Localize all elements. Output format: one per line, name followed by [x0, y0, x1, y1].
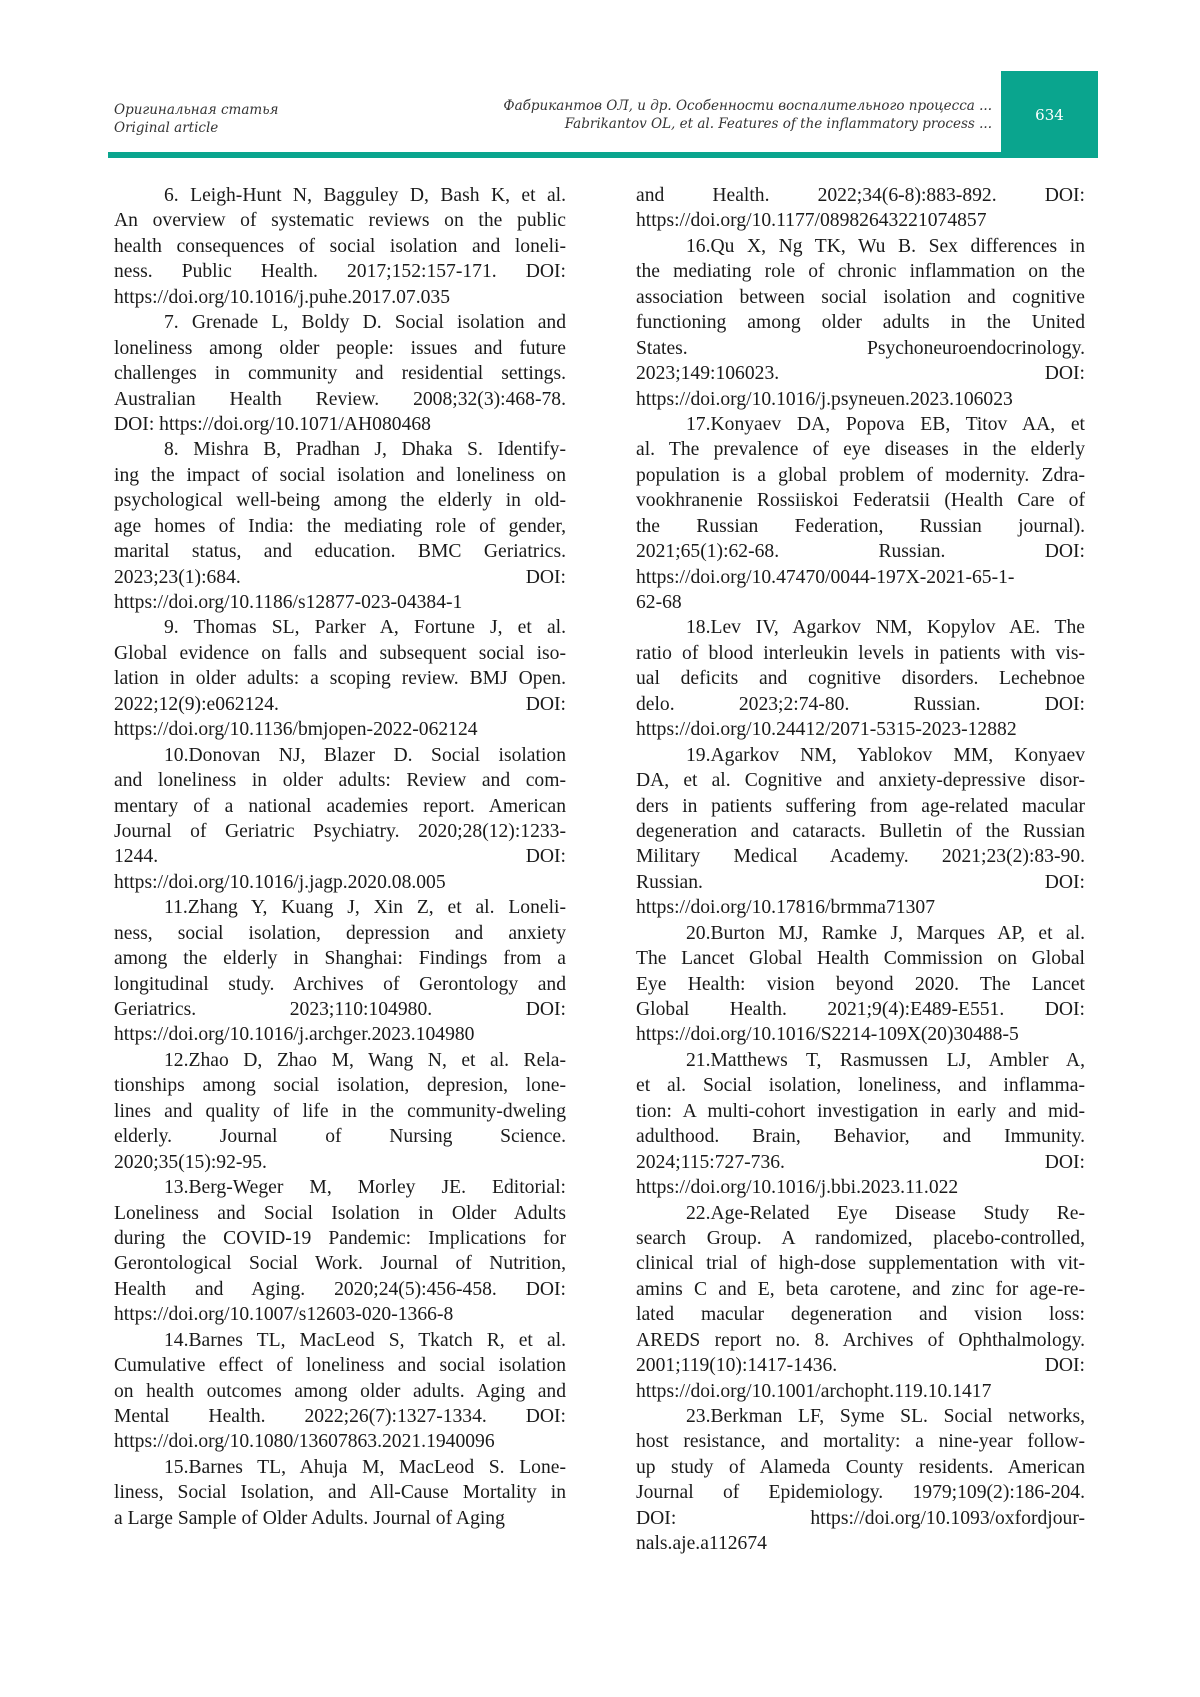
reference-line: population is a global problem of modern… [636, 463, 1085, 488]
reference-line: and Health. 2022;34(6-8):883-892. DOI: [636, 183, 1085, 208]
doi-link-text: 62-68 [636, 590, 1085, 615]
reference-line: 17.Konyaev DA, Popova EB, Titov AA, et [636, 412, 1085, 437]
reference-line: host resistance, and mortality: a nine-y… [636, 1429, 1085, 1454]
reference-entry: 8. Mishra B, Pradhan J, Dhaka S. Identif… [114, 437, 566, 615]
reference-line: 9. Thomas SL, Parker A, Fortune J, et al… [114, 615, 566, 640]
article-type-label: Оригинальная статья Original article [114, 101, 278, 137]
reference-line: a Large Sample of Older Adults. Journal … [114, 1506, 566, 1531]
reference-line: 1244. DOI: [114, 844, 566, 869]
doi-link-text: https://doi.org/10.1007/s12603-020-1366-… [114, 1302, 566, 1327]
reference-line: Health and Aging. 2020;24(5):456-458. DO… [114, 1277, 566, 1302]
doi-link-text: https://doi.org/10.1016/S2214-109X(20)30… [636, 1022, 1085, 1047]
reference-line: the mediating role of chronic inflammati… [636, 259, 1085, 284]
reference-entry: 7. Grenade L, Boldy D. Social isolation … [114, 310, 566, 437]
reference-line: ness. Public Health. 2017;152:157-171. D… [114, 259, 566, 284]
reference-line: 2022;12(9):e062124. DOI: [114, 692, 566, 717]
reference-line: loneliness among older people: issues an… [114, 336, 566, 361]
reference-line: et al. Social isolation, loneliness, and… [636, 1073, 1085, 1098]
reference-line: 2023;149:106023. DOI: [636, 361, 1085, 386]
reference-entry: 18.Lev IV, Agarkov NM, Kopylov AE. Thera… [636, 615, 1085, 742]
reference-entry: 6. Leigh-Hunt N, Bagguley D, Bash K, et … [114, 183, 566, 310]
reference-line: Journal of Epidemiology. 1979;109(2):186… [636, 1480, 1085, 1505]
reference-entry: 10.Donovan NJ, Blazer D. Social isolatio… [114, 743, 566, 896]
reference-line: elderly. Journal of Nursing Science. [114, 1124, 566, 1149]
reference-line: Eye Health: vision beyond 2020. The Lanc… [636, 972, 1085, 997]
reference-line: functioning among older adults in the Un… [636, 310, 1085, 335]
doi-link-text: https://doi.org/10.1016/j.puhe.2017.07.0… [114, 285, 566, 310]
reference-line: 20.Burton MJ, Ramke J, Marques AP, et al… [636, 921, 1085, 946]
reference-line: 14.Barnes TL, MacLeod S, Tkatch R, et al… [114, 1328, 566, 1353]
reference-entry: 19.Agarkov NM, Yablokov MM, KonyaevDA, e… [636, 743, 1085, 921]
reference-entry: 14.Barnes TL, MacLeod S, Tkatch R, et al… [114, 1328, 566, 1455]
page-number-box: 634 [1001, 71, 1098, 158]
page-number: 634 [1035, 106, 1064, 124]
reference-line: Gerontological Social Work. Journal of N… [114, 1251, 566, 1276]
reference-line: amins C and E, beta carotene, and zinc f… [636, 1277, 1085, 1302]
doi-link-text: https://doi.org/10.1016/j.psyneuen.2023.… [636, 387, 1085, 412]
reference-line: during the COVID-19 Pandemic: Implicatio… [114, 1226, 566, 1251]
doi-link-text: https://doi.org/10.47470/0044-197X-2021-… [636, 565, 1085, 590]
reference-line: 19.Agarkov NM, Yablokov MM, Konyaev [636, 743, 1085, 768]
reference-line: 22.Age-Related Eye Disease Study Re- [636, 1201, 1085, 1226]
reference-line: up study of Alameda County residents. Am… [636, 1455, 1085, 1480]
running-title-ru: Фабрикантов ОЛ, и др. Особенности воспал… [503, 97, 992, 115]
reference-entry: 20.Burton MJ, Ramke J, Marques AP, et al… [636, 921, 1085, 1048]
reference-line: States. Psychoneuroendocrinology. [636, 336, 1085, 361]
reference-line: longitudinal study. Archives of Gerontol… [114, 972, 566, 997]
reference-line: liness, Social Isolation, and All-Cause … [114, 1480, 566, 1505]
article-type-en: Original article [114, 119, 278, 137]
reference-line: marital status, and education. BMC Geria… [114, 539, 566, 564]
reference-line: association between social isolation and… [636, 285, 1085, 310]
reference-line: Loneliness and Social Isolation in Older… [114, 1201, 566, 1226]
reference-line: adulthood. Brain, Behavior, and Immunity… [636, 1124, 1085, 1149]
reference-line: 2021;65(1):62-68. Russian. DOI: [636, 539, 1085, 564]
reference-line: AREDS report no. 8. Archives of Ophthalm… [636, 1328, 1085, 1353]
reference-entry: 11.Zhang Y, Kuang J, Xin Z, et al. Lonel… [114, 895, 566, 1048]
header-divider [108, 152, 1098, 158]
doi-link-text: https://doi.org/10.1016/j.jagp.2020.08.0… [114, 870, 566, 895]
doi-link-text: https://doi.org/10.1186/s12877-023-04384… [114, 590, 566, 615]
reference-line: Journal of Geriatric Psychiatry. 2020;28… [114, 819, 566, 844]
reference-entry: 21.Matthews T, Rasmussen LJ, Ambler A,et… [636, 1048, 1085, 1201]
reference-line: degeneration and cataracts. Bulletin of … [636, 819, 1085, 844]
reference-line: 7. Grenade L, Boldy D. Social isolation … [114, 310, 566, 335]
doi-link-text: https://doi.org/10.24412/2071-5315-2023-… [636, 717, 1085, 742]
reference-line: Global Health. 2021;9(4):E489-E551. DOI: [636, 997, 1085, 1022]
doi-link-text: https://doi.org/10.1001/archopht.119.10.… [636, 1379, 1085, 1404]
reference-line: 12.Zhao D, Zhao M, Wang N, et al. Rela- [114, 1048, 566, 1073]
reference-line: among the elderly in Shanghai: Findings … [114, 946, 566, 971]
doi-link-text: nals.aje.a112674 [636, 1531, 1085, 1556]
reference-line: The Lancet Global Health Commission on G… [636, 946, 1085, 971]
reference-line: 15.Barnes TL, Ahuja M, MacLeod S. Lone- [114, 1455, 566, 1480]
reference-entry: and Health. 2022;34(6-8):883-892. DOI:ht… [636, 183, 1085, 234]
reference-line: al. The prevalence of eye diseases in th… [636, 437, 1085, 462]
doi-link-text: https://doi.org/10.1136/bmjopen-2022-062… [114, 717, 566, 742]
reference-line: DA, et al. Cognitive and anxiety-depress… [636, 768, 1085, 793]
reference-line: ratio of blood interleukin levels in pat… [636, 641, 1085, 666]
reference-line: ders in patients suffering from age-rela… [636, 794, 1085, 819]
reference-line: challenges in community and residential … [114, 361, 566, 386]
reference-entry: 13.Berg-Weger M, Morley JE. Editorial:Lo… [114, 1175, 566, 1328]
reference-line: 13.Berg-Weger M, Morley JE. Editorial: [114, 1175, 566, 1200]
reference-line: 2023;23(1):684. DOI: [114, 565, 566, 590]
references-right-column: and Health. 2022;34(6-8):883-892. DOI:ht… [636, 183, 1085, 1557]
reference-line: on health outcomes among older adults. A… [114, 1379, 566, 1404]
reference-line: ness, social isolation, depression and a… [114, 921, 566, 946]
reference-line: and loneliness in older adults: Review a… [114, 768, 566, 793]
reference-entry: 17.Konyaev DA, Popova EB, Titov AA, etal… [636, 412, 1085, 616]
reference-line: Mental Health. 2022;26(7):1327-1334. DOI… [114, 1404, 566, 1429]
reference-line: 2001;119(10):1417-1436. DOI: [636, 1353, 1085, 1378]
reference-entry: 12.Zhao D, Zhao M, Wang N, et al. Rela-t… [114, 1048, 566, 1175]
reference-line: 10.Donovan NJ, Blazer D. Social isolatio… [114, 743, 566, 768]
reference-line: the Russian Federation, Russian journal)… [636, 514, 1085, 539]
journal-page: Оригинальная статья Original article Фаб… [0, 0, 1200, 1697]
doi-link-text: https://doi.org/10.1080/13607863.2021.19… [114, 1429, 566, 1454]
reference-line: age homes of India: the mediating role o… [114, 514, 566, 539]
reference-line: DOI: https://doi.org/10.1093/oxfordjour- [636, 1506, 1085, 1531]
reference-line: delo. 2023;2:74-80. Russian. DOI: [636, 692, 1085, 717]
article-type-ru: Оригинальная статья [114, 101, 278, 119]
running-title: Фабрикантов ОЛ, и др. Особенности воспал… [503, 97, 992, 133]
reference-line: Global evidence on falls and subsequent … [114, 641, 566, 666]
doi-link-text: https://doi.org/10.17816/brmma71307 [636, 895, 1085, 920]
reference-line: 18.Lev IV, Agarkov NM, Kopylov AE. The [636, 615, 1085, 640]
reference-line: 8. Mishra B, Pradhan J, Dhaka S. Identif… [114, 437, 566, 462]
reference-entry: 22.Age-Related Eye Disease Study Re-sear… [636, 1201, 1085, 1405]
reference-line: Geriatrics. 2023;110:104980. DOI: [114, 997, 566, 1022]
reference-line: 2024;115:727-736. DOI: [636, 1150, 1085, 1175]
reference-line: 23.Berkman LF, Syme SL. Social networks, [636, 1404, 1085, 1429]
reference-entry: 9. Thomas SL, Parker A, Fortune J, et al… [114, 615, 566, 742]
doi-link-text: https://doi.org/10.1177/0898264322107485… [636, 208, 1085, 233]
reference-line: 2020;35(15):92-95. [114, 1150, 566, 1175]
reference-line: 21.Matthews T, Rasmussen LJ, Ambler A, [636, 1048, 1085, 1073]
reference-line: psychological well-being among the elder… [114, 488, 566, 513]
doi-link-text: https://doi.org/10.1016/j.archger.2023.1… [114, 1022, 566, 1047]
reference-entry: 16.Qu X, Ng TK, Wu B. Sex differences in… [636, 234, 1085, 412]
reference-line: lated macular degeneration and vision lo… [636, 1302, 1085, 1327]
reference-line: vookhranenie Rossiiskoi Federatsii (Heal… [636, 488, 1085, 513]
references-left-column: 6. Leigh-Hunt N, Bagguley D, Bash K, et … [114, 183, 566, 1531]
reference-line: ing the impact of social isolation and l… [114, 463, 566, 488]
reference-line: search Group. A randomized, placebo-cont… [636, 1226, 1085, 1251]
reference-line: health consequences of social isolation … [114, 234, 566, 259]
reference-line: 16.Qu X, Ng TK, Wu B. Sex differences in [636, 234, 1085, 259]
reference-line: Cumulative effect of loneliness and soci… [114, 1353, 566, 1378]
running-title-en: Fabrikantov OL, et al. Features of the i… [503, 115, 992, 133]
reference-line: ual deficits and cognitive disorders. Le… [636, 666, 1085, 691]
reference-line: mentary of a national academies report. … [114, 794, 566, 819]
doi-link-text: https://doi.org/10.1016/j.bbi.2023.11.02… [636, 1175, 1085, 1200]
reference-line: 6. Leigh-Hunt N, Bagguley D, Bash K, et … [114, 183, 566, 208]
reference-entry: 23.Berkman LF, Syme SL. Social networks,… [636, 1404, 1085, 1557]
reference-line: DOI: https://doi.org/10.1071/AH080468 [114, 412, 566, 437]
reference-line: tionships among social isolation, depres… [114, 1073, 566, 1098]
reference-line: Military Medical Academy. 2021;23(2):83-… [636, 844, 1085, 869]
reference-line: lines and quality of life in the communi… [114, 1099, 566, 1124]
reference-line: Australian Health Review. 2008;32(3):468… [114, 387, 566, 412]
reference-entry: 15.Barnes TL, Ahuja M, MacLeod S. Lone-l… [114, 1455, 566, 1531]
reference-line: An overview of systematic reviews on the… [114, 208, 566, 233]
reference-line: lation in older adults: a scoping review… [114, 666, 566, 691]
reference-line: clinical trial of high-dose supplementat… [636, 1251, 1085, 1276]
reference-line: Russian. DOI: [636, 870, 1085, 895]
reference-line: 11.Zhang Y, Kuang J, Xin Z, et al. Lonel… [114, 895, 566, 920]
reference-line: tion: A multi-cohort investigation in ea… [636, 1099, 1085, 1124]
